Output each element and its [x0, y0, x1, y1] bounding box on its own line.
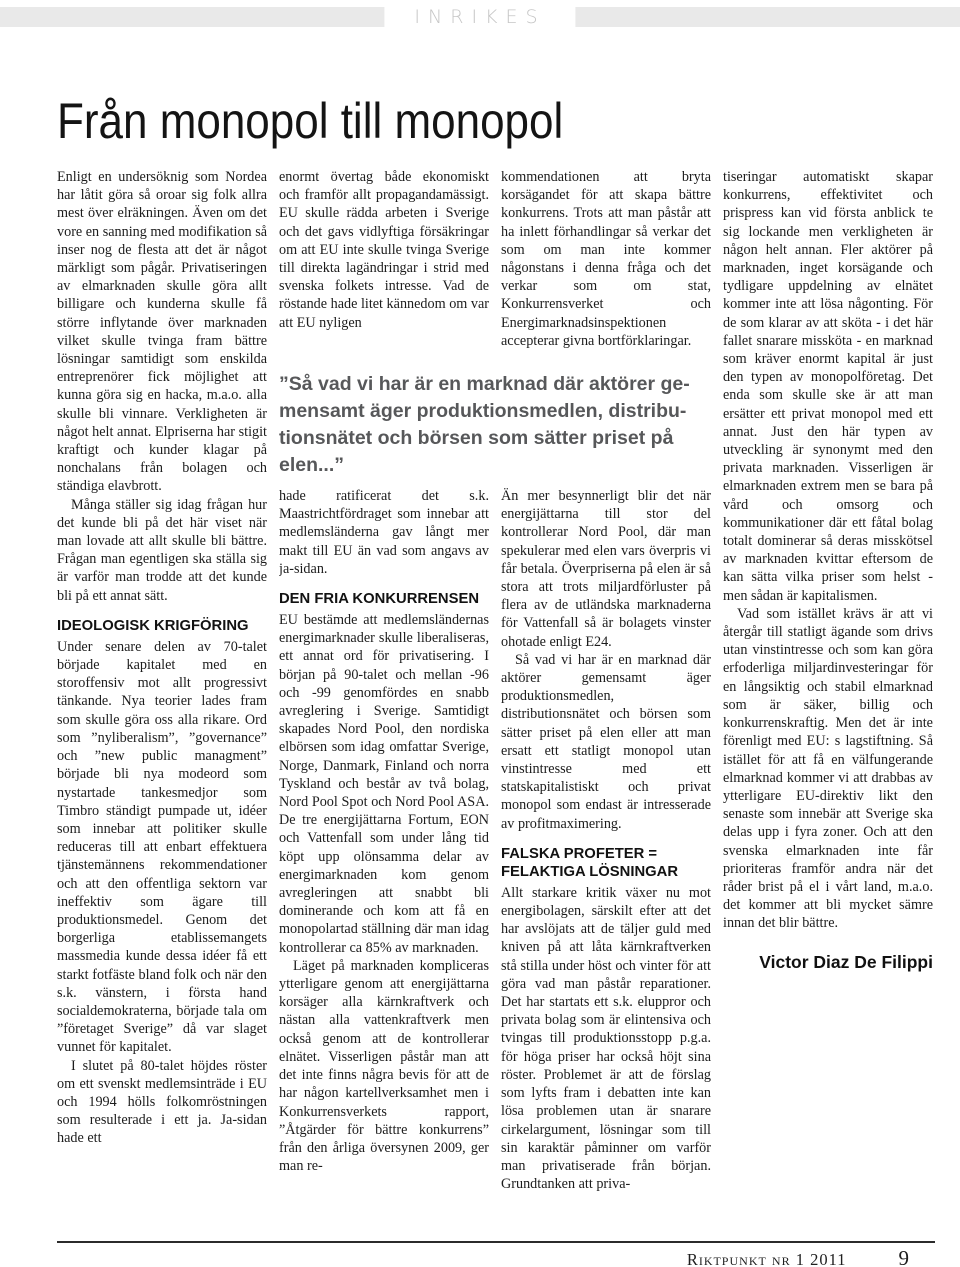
section-band: INRIKES — [0, 7, 960, 27]
body-paragraph: Läget på marknaden kompliceras ytterliga… — [279, 957, 489, 1175]
section-label-box: INRIKES — [384, 3, 575, 31]
article-column-1: Enligt en undersöknig som Nordea har låt… — [57, 168, 267, 1220]
body-paragraph: Enligt en undersöknig som Nordea har låt… — [57, 168, 267, 496]
article-column-3: kommendationen att bryta korsägandet för… — [501, 168, 711, 1220]
body-paragraph: Allt starkare kritik växer nu mot energi… — [501, 884, 711, 1193]
body-paragraph: hade ratificerat det s.k. Maastrichtförd… — [279, 487, 489, 578]
pull-quote: ”Så vad vi har är en marknad där aktörer… — [279, 371, 715, 479]
body-paragraph: tiseringar automatiskt skapar konkurrens… — [723, 168, 933, 605]
column-2-top: enormt övertag både ekonomiskt och framf… — [279, 168, 489, 365]
section-heading: IDEOLOGISK KRIGFÖRING — [57, 617, 267, 635]
page-footer: Riktpunkt nr 1 2011 9 — [57, 1246, 935, 1267]
body-paragraph: EU bestämde att medlemsländernas energim… — [279, 611, 489, 957]
body-paragraph: enormt övertag både ekonomiskt och framf… — [279, 168, 489, 332]
body-paragraph: I slutet på 80-talet höjdes röster om et… — [57, 1057, 267, 1148]
body-paragraph: Under senare delen av 70-talet började k… — [57, 638, 267, 1057]
section-heading: DEN FRIA KONKURRENSEN — [279, 590, 489, 608]
body-paragraph: kommendationen att bryta korsägandet för… — [501, 168, 711, 350]
body-paragraph: Så vad vi har är en marknad där aktörer … — [501, 651, 711, 833]
author-byline: Victor Diaz De Filippi — [723, 953, 933, 971]
page-number: 9 — [899, 1246, 910, 1267]
body-paragraph: Många ställer sig idag frågan hur det ku… — [57, 496, 267, 605]
section-label: INRIKES — [414, 6, 545, 28]
page-title: Från monopol till monopol — [57, 92, 563, 150]
body-paragraph: Vad som istället krävs är att vi återgår… — [723, 605, 933, 933]
article-body: Enligt en undersöknig som Nordea har låt… — [57, 168, 935, 1220]
section-heading: FALSKA PROFETER = FELAKTIGA LÖSNINGAR — [501, 845, 711, 881]
publication-name: Riktpunkt nr 1 2011 — [687, 1250, 847, 1267]
footer-divider — [57, 1241, 935, 1243]
article-column-2: enormt övertag både ekonomiskt och framf… — [279, 168, 489, 1220]
column-3-top: kommendationen att bryta korsägandet för… — [501, 168, 711, 365]
article-column-4: tiseringar automatiskt skapar konkurrens… — [723, 168, 933, 1220]
body-paragraph: Än mer besynnerligt blir det när energij… — [501, 487, 711, 651]
